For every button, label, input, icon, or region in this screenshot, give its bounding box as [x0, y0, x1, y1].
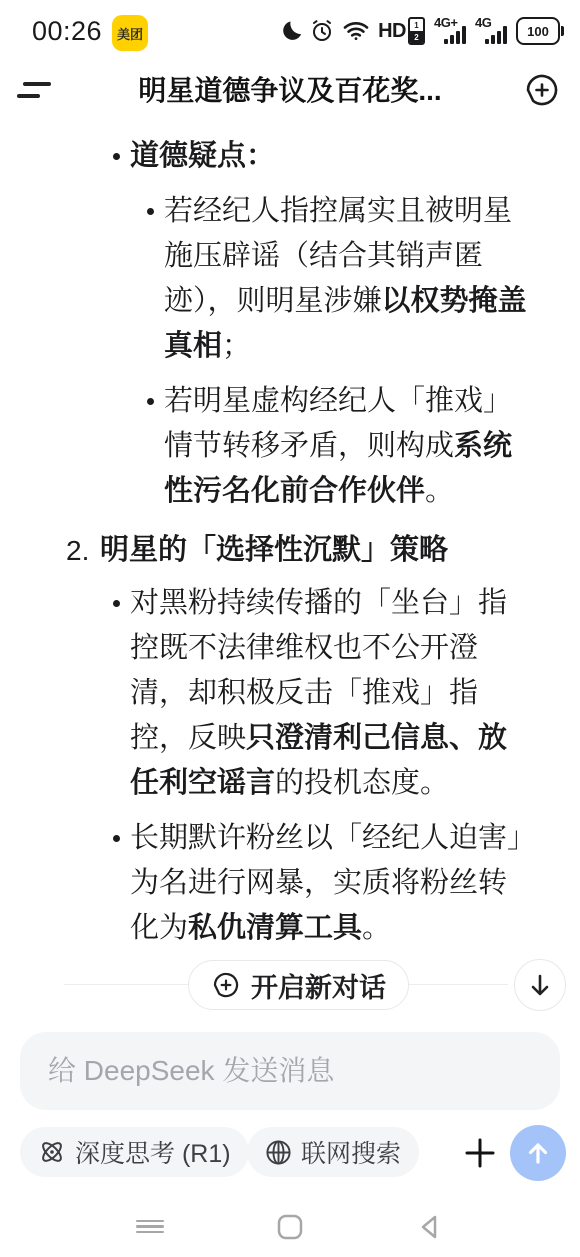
item-number: 2.: [66, 528, 89, 573]
back-icon[interactable]: [410, 1210, 450, 1244]
home-icon[interactable]: [270, 1210, 310, 1244]
deepseek-app-screen: 00:26 美团 HD 1 2: [0, 0, 580, 1257]
bullet-dot-icon: [113, 600, 120, 607]
bullet-dot-icon: [113, 835, 120, 842]
bold-text: 道德疑点：: [130, 140, 275, 172]
arrow-up-icon: [525, 1140, 551, 1166]
bold-text: 明星的「选择性沉默」策略: [100, 534, 448, 566]
bullet-item: 道德疑点：: [0, 134, 528, 179]
signal-sim2-icon: 4G: [475, 17, 507, 45]
bullet-item: 若明星虚构经纪人「推戏」情节转移矛盾，则构成系统性污名化前合作伙伴。: [0, 379, 528, 514]
signal-sim1-icon: 4G+: [434, 17, 466, 45]
text: 的投机态度。: [275, 767, 449, 799]
chat-title: 明星道德争议及百花奖...: [0, 69, 580, 109]
globe-icon: [265, 1139, 292, 1166]
wifi-icon: [343, 20, 369, 42]
meituan-app-badge-icon: 美团: [112, 15, 148, 51]
send-button[interactable]: [510, 1125, 566, 1181]
moon-dnd-icon: [279, 20, 301, 42]
web-search-toggle[interactable]: 联网搜索: [247, 1127, 419, 1177]
battery-icon: 100: [516, 17, 564, 45]
scroll-to-bottom-button[interactable]: [514, 959, 566, 1011]
recents-menu-icon[interactable]: [130, 1210, 170, 1244]
chat-plus-icon: [211, 970, 241, 1000]
alarm-clock-icon: [310, 19, 334, 43]
arrow-down-icon: [527, 972, 553, 998]
start-new-chat-button[interactable]: 开启新对话: [188, 960, 409, 1010]
bullet-item: 长期默许粉丝以「经纪人迫害」为名进行网暴，实质将粉丝转化为私仇清算工具。: [0, 816, 528, 951]
web-search-label: 联网搜索: [301, 1134, 401, 1170]
bullet-item: 对黑粉持续传播的「坐台」指控既不法律维权也不公开澄清，却积极反击「推戏」指控，反…: [0, 581, 528, 806]
new-chat-icon[interactable]: [522, 70, 562, 110]
bold-text: 私仇清算工具: [188, 912, 362, 944]
attach-plus-icon[interactable]: [460, 1133, 500, 1173]
android-nav-bar: [0, 1196, 580, 1257]
bullet-dot-icon: [147, 398, 154, 405]
numbered-item: 2.明星的「选择性沉默」策略: [0, 528, 528, 573]
chat-header: 明星道德争议及百花奖...: [0, 60, 580, 118]
message-input[interactable]: [20, 1032, 560, 1110]
status-bar: 00:26 美团 HD 1 2: [0, 0, 580, 60]
bullet-dot-icon: [147, 208, 154, 215]
composer-toolbar: 深度思考 (R1) 联网搜索: [20, 1127, 566, 1179]
atom-icon: [38, 1138, 66, 1166]
bullet-item: 若经纪人指控属实且被明星施压辟谣（结合其销声匿迹），则明星涉嫌以权势掩盖真相；: [0, 189, 528, 369]
bullet-dot-icon: [113, 153, 120, 160]
sidebar-menu-icon[interactable]: [16, 74, 56, 106]
assistant-message: 道德疑点：若经纪人指控属实且被明星施压辟谣（结合其销声匿迹），则明星涉嫌以权势掩…: [0, 118, 580, 961]
start-new-chat-label: 开启新对话: [251, 966, 386, 1005]
dual-sim-indicator-icon: 1 2: [408, 17, 425, 45]
jump-row: 开启新对话: [0, 958, 580, 1010]
text: 。: [362, 912, 391, 944]
deep-think-label: 深度思考 (R1): [75, 1134, 231, 1170]
volte-hd-icon: HD 1 2: [378, 17, 425, 45]
text: 。: [425, 475, 454, 507]
clock-time: 00:26: [32, 16, 102, 47]
text: ；: [222, 330, 251, 362]
deep-think-toggle[interactable]: 深度思考 (R1): [20, 1127, 249, 1177]
